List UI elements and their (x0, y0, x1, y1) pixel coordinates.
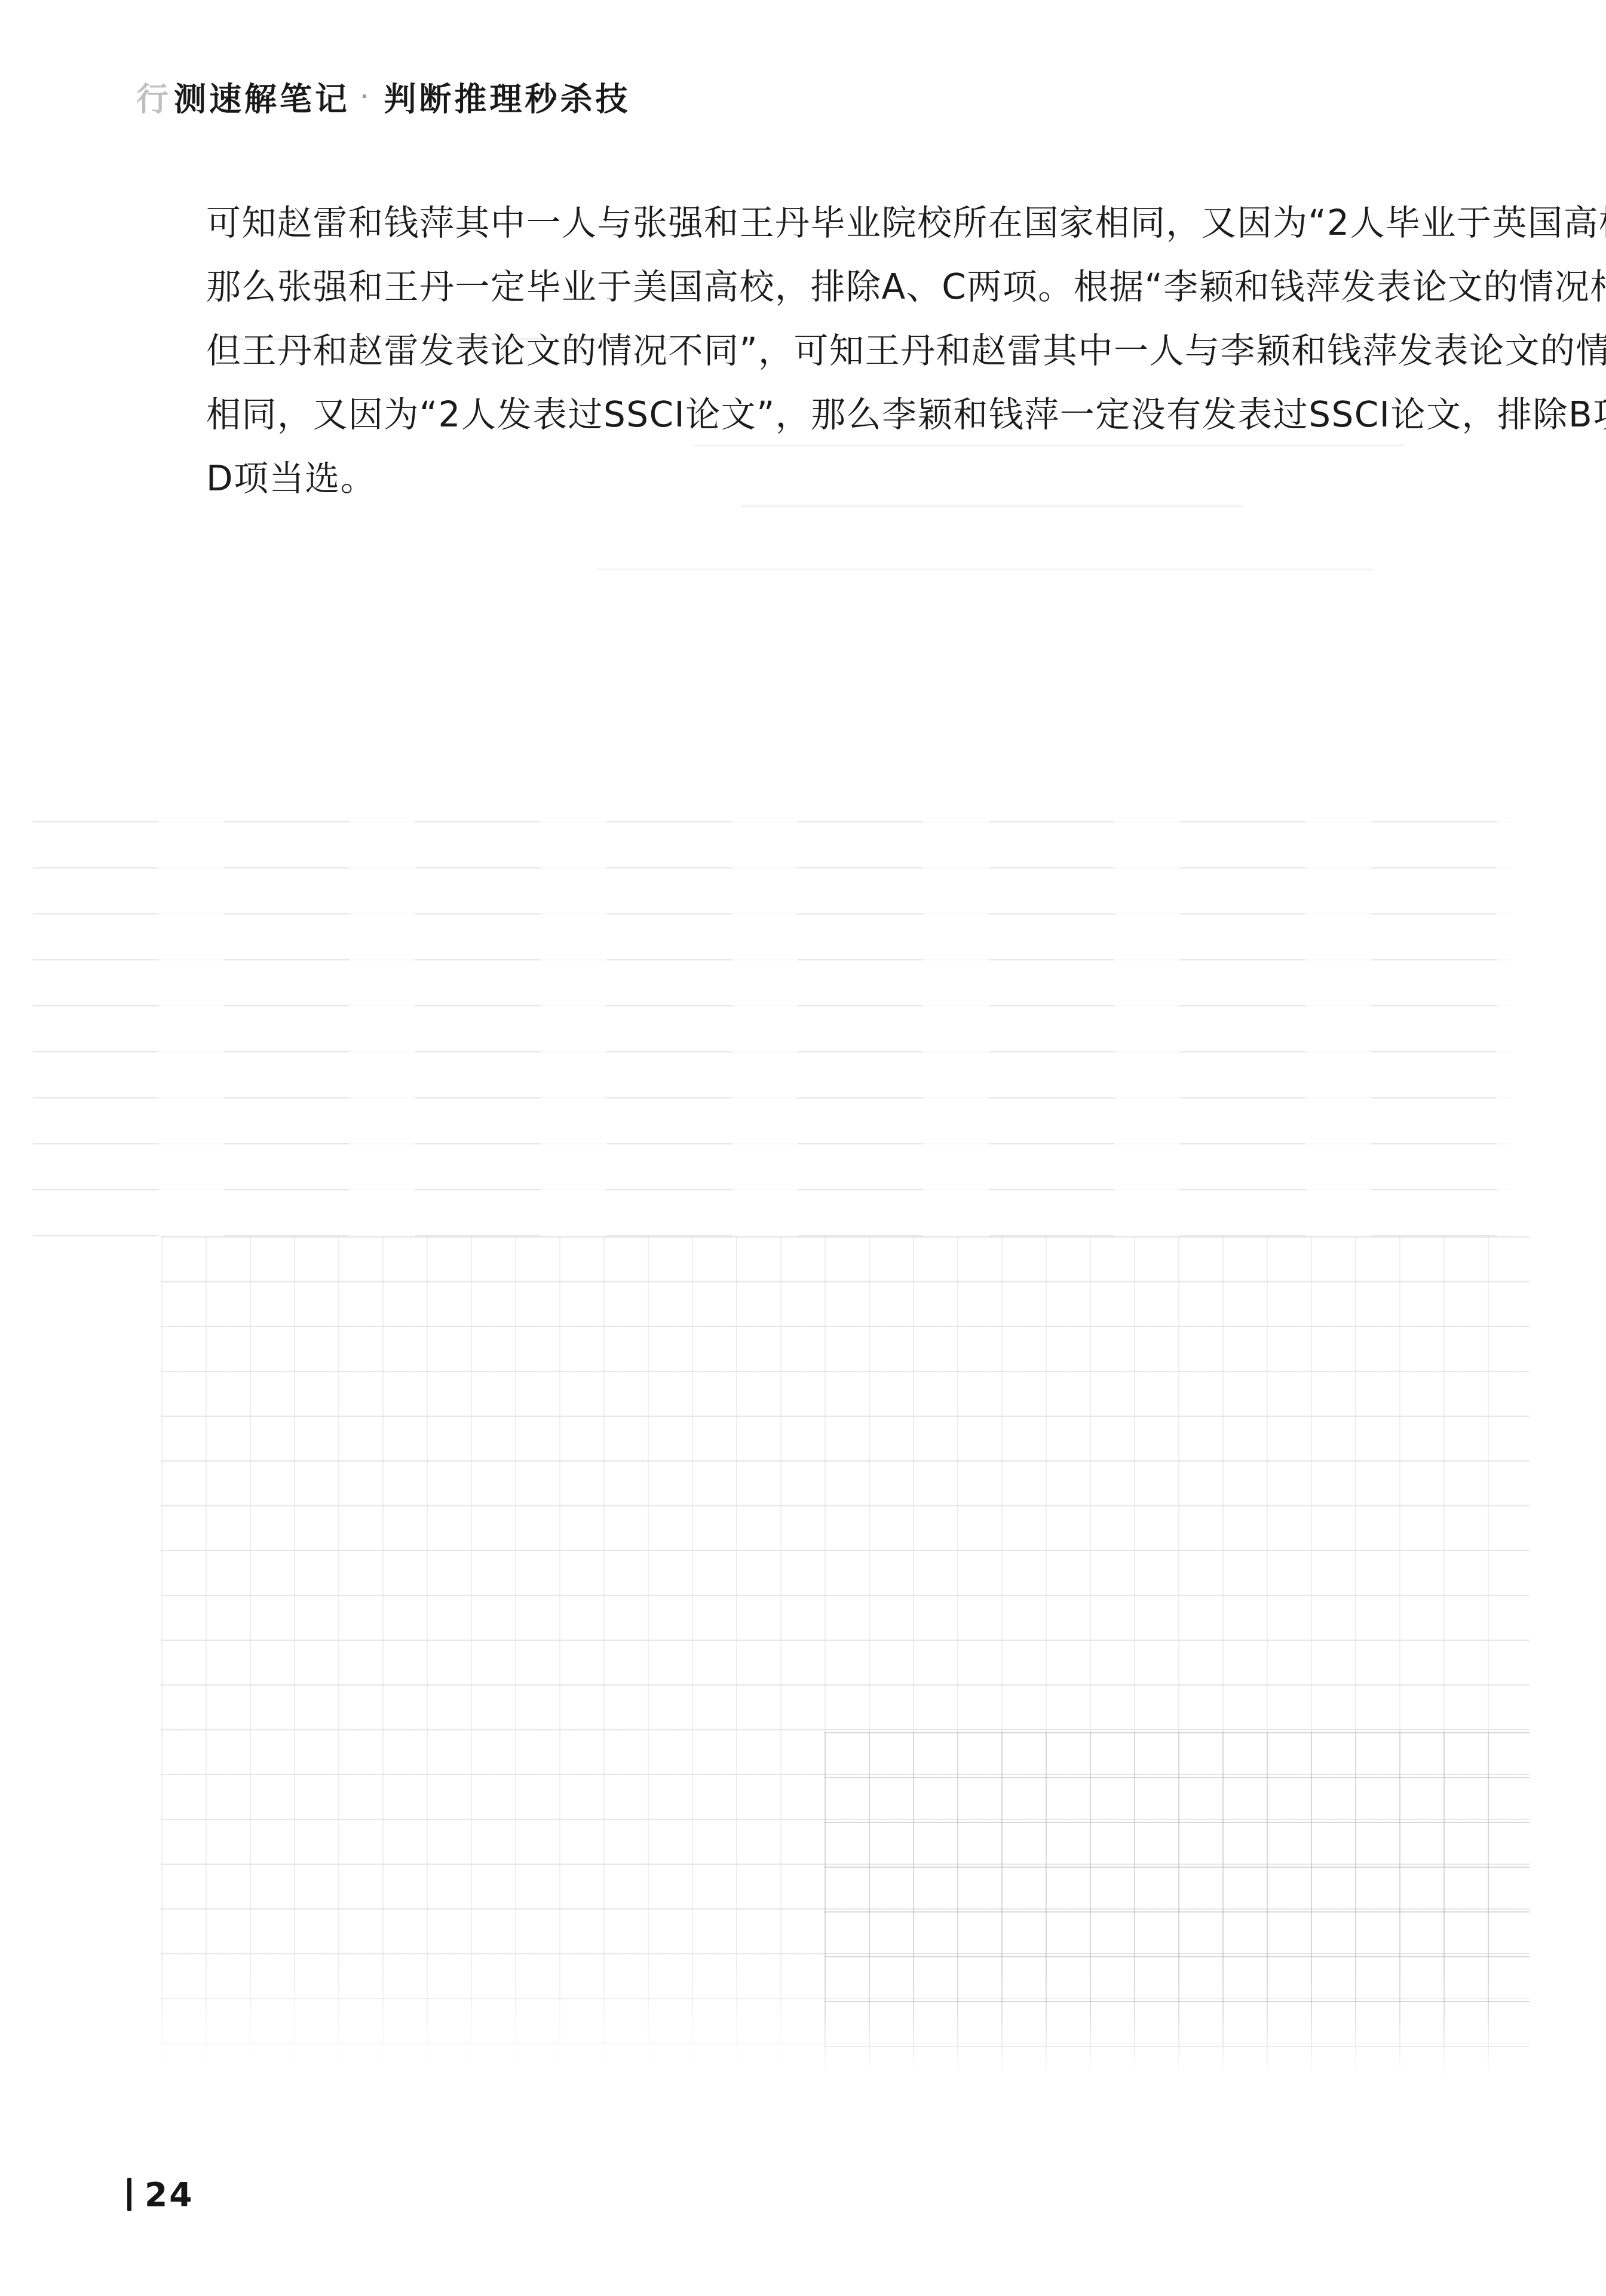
answer-explanation-paragraph: 可知赵雷和钱萍其中一人与张强和王丹毕业院校所在国家相同，又因为“2人毕业于英国高… (206, 191, 1528, 511)
bleed-artifact-streak (597, 569, 1374, 570)
paragraph-line-5: D项当选。 (206, 447, 1528, 511)
paragraph-line-4: 相同，又因为“2人发表过SSCI论文”，那么李颖和钱萍一定没有发表过SSCI论文… (206, 383, 1528, 447)
page-footer: 24 (127, 2175, 194, 2214)
running-header: 行 测速解笔记 · 判断推理秒杀技 (136, 73, 630, 121)
running-header-faint-char: 行 (136, 74, 171, 120)
bleed-artifact-streak (693, 444, 1404, 446)
paragraph-line-2: 那么张强和王丹一定毕业于美国高校，排除A、C两项。根据“李颖和钱萍发表论文的情况… (206, 255, 1528, 319)
bleed-artifact-grid-dark-patch (825, 1732, 1530, 2079)
running-header-separator-dot: · (361, 87, 370, 108)
running-header-book-title: 测速解笔记 (174, 74, 350, 120)
running-header-section-title: 判断推理秒杀技 (384, 74, 630, 120)
bleed-artifact-ruled-lines (33, 821, 1513, 1242)
paragraph-line-3: 但王丹和赵雷发表论文的情况不同”，可知王丹和赵雷其中一人与李颖和钱萍发表论文的情… (206, 319, 1528, 383)
paragraph-line-1: 可知赵雷和钱萍其中一人与张强和王丹毕业院校所在国家相同，又因为“2人毕业于英国高… (206, 191, 1528, 255)
page-number: 24 (145, 2175, 194, 2214)
bleed-artifact-streak (215, 338, 675, 340)
bleed-artifact-streak (741, 505, 1243, 507)
scanned-book-page: 行 测速解笔记 · 判断推理秒杀技 可知赵雷和钱萍其中一人与张强和王丹毕业院校所… (0, 0, 1606, 2296)
page-number-divider-bar (127, 2178, 131, 2211)
